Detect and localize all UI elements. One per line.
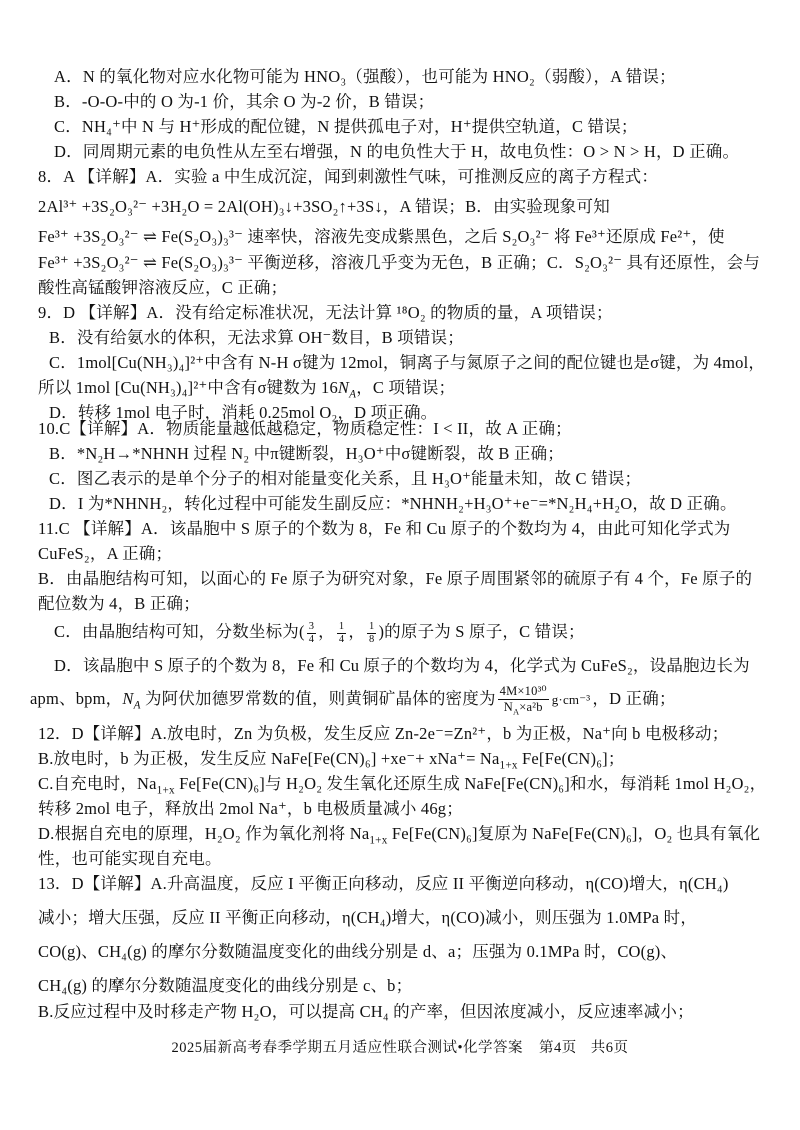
text-segment: ，D 正确； (592, 689, 675, 708)
answer-line-13: 所以 1mol [Cu(NH₃)₄]²⁺中含有σ键数为 16NA，C 项错误； (38, 376, 800, 400)
fraction-denominator: NA×a²b (502, 700, 545, 716)
fraction: 18 (367, 621, 376, 646)
footer-total-pages: 共6页 (591, 1040, 629, 1056)
text-segment: C．图乙表示的是单个分子的相对能量变化关系，且 H₃O⁺能量未知，故 C 错误； (49, 469, 641, 488)
text-segment: apm、bpm， (30, 689, 122, 708)
answer-line-27: B.放电时，b 为正极，发生反应 NaFe[Fe(CN)₆] +xe⁻+ xNa… (38, 747, 800, 771)
answer-line-16: B．*N₂H→*NHNH 过程 N₂ 中π键断裂，H₃O⁺中σ键断裂，故 B 正… (49, 442, 800, 466)
answer-line-18: D．I 为*NHNH₂，转化过程中可能发生副反应：*NHNH₂+H₃O⁺+e⁻=… (49, 492, 800, 516)
text-segment: ，C 项错误； (356, 378, 455, 397)
text-segment: Fe[Fe(CN)₆]； (518, 749, 625, 768)
text-segment: 12．D【详解】A.放电时，Zn 为负极，发生反应 Zn-2e⁻=Zn²⁺，b … (38, 724, 728, 743)
fraction-stack: 34 (307, 621, 316, 646)
answer-line-33: 减小；增大压强，反应 II 平衡正向移动，η(CH₄)增大，η(CO)减小，则压… (38, 906, 800, 930)
formula-base: N (504, 700, 513, 714)
page-footer: 2025届新高考春季学期五月适应性联合测试•化学答案第4页共6页 (0, 1036, 800, 1057)
text-segment: 4 (339, 634, 344, 645)
answer-line-10: 9．D 【详解】A．没有给定标准状况，无法计算 ¹⁸O₂ 的物质的量，A 项错误… (38, 301, 800, 325)
formula-subscript-group: NA (504, 700, 520, 714)
text-segment: Fe³⁺ +3S₂O₃²⁻ ⇌ Fe(S₂O₃)₃³⁻ 速率快，溶液先变成紫黑色… (38, 227, 725, 246)
answer-line-3: C．NH₄⁺中 N 与 H⁺形成的配位键，N 提供孤电子对，H⁺提供空轨道，C … (54, 115, 800, 139)
formula-base: Na (137, 774, 157, 793)
formula-subscript: A (134, 699, 141, 711)
answer-line-26: 12．D【详解】A.放电时，Zn 为负极，发生反应 Zn-2e⁻=Zn²⁺，b … (38, 722, 800, 746)
answer-line-11: B．没有给氨水的体积，无法求算 OH⁻数目，B 项错误； (49, 326, 800, 350)
text-segment: A．N 的氧化物对应水化物可能为 HNO₃（强酸），也可能为 HNO₂（弱酸），… (54, 67, 676, 86)
text-segment: 3 (309, 621, 314, 632)
text-segment: )的原子为 S 原子，C 错误； (378, 622, 584, 641)
text-segment: Fe[Fe(CN)₆]与 H₂O₂ 发生氧化还原生成 NaFe[Fe(CN)₆]… (175, 774, 767, 793)
text-segment: 11.C 【详解】A．该晶胞中 S 原子的个数为 8，Fe 和 Cu 原子的个数… (38, 519, 730, 538)
text-segment: B．没有给氨水的体积，无法求算 OH⁻数目，B 项错误； (49, 328, 464, 347)
text-segment: 4M×10³⁰ (500, 684, 547, 698)
text-segment: B.反应过程中及时移走产物 H₂O，可以提高 CH₄ 的产率，但因浓度减小，反应… (38, 1002, 694, 1021)
text-segment: CH₄(g) 的摩尔分数随温度变化的曲线分别是 c、b； (38, 976, 412, 995)
text-segment: 10.C【详解】A．物质能量越低越稳定，物质稳定性：I < II，故 A 正确； (38, 419, 572, 438)
answer-sheet-page: A．N 的氧化物对应水化物可能为 HNO₃（强酸），也可能为 HNO₂（弱酸），… (0, 0, 800, 1130)
text-segment: 4 (309, 634, 314, 645)
answer-line-25: apm、bpm，NA 为阿伏加德罗常数的值，则黄铜矿晶体的密度为4M×10³⁰N… (30, 684, 800, 716)
answer-line-36: B.反应过程中及时移走产物 H₂O，可以提高 CH₄ 的产率，但因浓度减小，反应… (38, 1000, 800, 1024)
answer-line-32: 13．D【详解】A.升高温度，反应 I 平衡正向移动，反应 II 平衡逆向移动，… (38, 872, 800, 896)
formula-subscript: 1+x (369, 834, 387, 846)
formula-subscript-group: NA (122, 689, 140, 708)
fraction-numerator: 3 (307, 621, 316, 634)
text-segment: 减小；增大压强，反应 II 平衡正向移动，η(CH₄)增大，η(CO)减小，则压… (38, 908, 697, 927)
text-segment: 配位数为 4，B 正确； (38, 594, 200, 613)
formula-subscript-group: NA (338, 378, 356, 397)
formula-base: Na (480, 749, 500, 768)
answer-line-8: Fe³⁺ +3S₂O₃²⁻ ⇌ Fe(S₂O₃)₃³⁻ 平衡逆移，溶液几乎变为无… (38, 251, 800, 275)
answer-line-21: B．由晶胞结构可知，以面心的 Fe 原子为研究对象，Fe 原子周围紧邻的硫原子有… (38, 567, 800, 591)
text-segment: Fe³⁺ +3S₂O₃²⁻ ⇌ Fe(S₂O₃)₃³⁻ 平衡逆移，溶液几乎变为无… (38, 253, 760, 272)
fraction-denominator: 8 (367, 634, 376, 646)
text-segment: CO(g)、CH₄(g) 的摩尔分数随温度变化的曲线分别是 d、a；压强为 0.… (38, 942, 677, 961)
text-segment: D．该晶胞中 S 原子的个数为 8，Fe 和 Cu 原子的个数均为 4，化学式为… (54, 656, 750, 675)
text-segment: 9．D 【详解】A．没有给定标准状况，无法计算 ¹⁸O₂ 的物质的量，A 项错误… (38, 303, 613, 322)
text-segment: B.放电时，b 为正极，发生反应 NaFe[Fe(CN)₆] +xe⁻+ xNa… (38, 749, 480, 768)
text-segment: C．由晶胞结构可知，分数坐标为( (54, 622, 305, 641)
text-segment: 2Al³⁺ +3S₂O₃²⁻ +3H₂O = 2Al(OH)₃↓+3SO₂↑+3… (38, 197, 610, 216)
text-segment: 1 (339, 621, 344, 632)
text-segment: 所以 1mol [Cu(NH₃)₄]²⁺中含有σ键数为 16 (38, 378, 338, 397)
fraction-numerator: 1 (337, 621, 346, 634)
answer-line-35: CH₄(g) 的摩尔分数随温度变化的曲线分别是 c、b； (38, 974, 800, 998)
text-segment: 8 (369, 634, 374, 645)
text-segment: 13．D【详解】A.升高温度，反应 I 平衡正向移动，反应 II 平衡逆向移动，… (38, 874, 729, 893)
footer-title: 2025届新高考春季学期五月适应性联合测试•化学答案 (171, 1040, 523, 1056)
answer-line-34: CO(g)、CH₄(g) 的摩尔分数随温度变化的曲线分别是 d、a；压强为 0.… (38, 940, 800, 964)
formula-subscript-group: Na1+x (480, 749, 518, 768)
answer-line-24: D．该晶胞中 S 原子的个数为 8，Fe 和 Cu 原子的个数均为 4，化学式为… (54, 654, 800, 678)
answer-line-12: C．1mol[Cu(NH₃)₄]²⁺中含有 N-H σ键为 12mol，铜离子与… (49, 351, 800, 375)
text-segment: ×a²b (519, 700, 542, 714)
answer-line-17: C．图乙表示的是单个分子的相对能量变化关系，且 H₃O⁺能量未知，故 C 错误； (49, 467, 800, 491)
answer-line-5: 8．A 【详解】A．实验 a 中生成沉淀，闻到刺激性气味，可推测反应的离子方程式… (38, 165, 800, 189)
text-segment: B．*N₂H→*NHNH 过程 N₂ 中π键断裂，H₃O⁺中σ键断裂，故 B 正… (49, 444, 564, 463)
answer-line-23: C．由晶胞结构可知，分数坐标为(34，14，18)的原子为 S 原子，C 错误； (54, 620, 800, 646)
text-segment: C．NH₄⁺中 N 与 H⁺形成的配位键，N 提供孤电子对，H⁺提供空轨道，C … (54, 117, 638, 136)
answer-line-4: D．同周期元素的电负性从左至右增强，N 的电负性大于 H，故电负性：O > N … (54, 140, 800, 164)
formula-base: N (338, 378, 349, 397)
fraction-numerator: 1 (367, 621, 376, 634)
text-segment: 酸性高锰酸钾溶液反应，C 正确； (38, 278, 287, 297)
text-segment: CuFeS₂，A 正确； (38, 544, 172, 563)
formula-base: N (122, 689, 133, 708)
answer-line-20: CuFeS₂，A 正确； (38, 542, 800, 566)
fraction: 4M×10³⁰NA×a²bg·cm⁻³ (498, 684, 591, 716)
answer-line-29: 转移 2mol 电子，释放出 2mol Na⁺，b 电极质量减小 46g； (38, 797, 800, 821)
answer-line-15: 10.C【详解】A．物质能量越低越稳定，物质稳定性：I < II，故 A 正确； (38, 417, 800, 441)
answer-line-2: B．-O-O-中的 O 为-1 价，其余 O 为-2 价，B 错误； (54, 90, 800, 114)
fraction-denominator: 4 (307, 634, 316, 646)
text-segment: 1 (369, 621, 374, 632)
fraction-stack: 4M×10³⁰NA×a²b (498, 684, 549, 716)
answer-line-30: D.根据自充电的原理，H₂O₂ 作为氧化剂将 Na1+x Fe[Fe(CN)₆]… (38, 822, 800, 846)
fraction-stack: 14 (337, 621, 346, 646)
answer-line-6: 2Al³⁺ +3S₂O₃²⁻ +3H₂O = 2Al(OH)₃↓+3SO₂↑+3… (38, 195, 800, 219)
text-segment: 为阿伏加德罗常数的值，则黄铜矿晶体的密度为 (141, 689, 496, 708)
footer-page-number: 第4页 (539, 1040, 577, 1056)
text-segment: C．1mol[Cu(NH₃)₄]²⁺中含有 N-H σ键为 12mol，铜离子与… (49, 353, 765, 372)
fraction: 14 (337, 621, 346, 646)
answer-line-28: C.自充电时，Na1+x Fe[Fe(CN)₆]与 H₂O₂ 发生氧化还原生成 … (38, 772, 800, 796)
formula-subscript: 1+x (500, 759, 518, 771)
answer-line-7: Fe³⁺ +3S₂O₃²⁻ ⇌ Fe(S₂O₃)₃³⁻ 速率快，溶液先变成紫黑色… (38, 225, 800, 249)
text-segment: 性，也可能实现自充电。 (38, 849, 222, 868)
answer-line-9: 酸性高锰酸钾溶液反应，C 正确； (38, 276, 800, 300)
text-segment: D．I 为*NHNH₂，转化过程中可能发生副反应：*NHNH₂+H₃O⁺+e⁻=… (49, 494, 737, 513)
text-segment: Fe[Fe(CN)₆]复原为 NaFe[Fe(CN)₆]，O₂ 也具有氧化 (388, 824, 761, 843)
fraction-stack: 18 (367, 621, 376, 646)
answer-lines: A．N 的氧化物对应水化物可能为 HNO₃（强酸），也可能为 HNO₂（弱酸），… (0, 0, 800, 1024)
text-segment: D.根据自充电的原理，H₂O₂ 作为氧化剂将 (38, 824, 350, 843)
answer-line-22: 配位数为 4，B 正确； (38, 592, 800, 616)
formula-subscript-group: Na1+x (137, 774, 175, 793)
text-segment: C.自充电时， (38, 774, 137, 793)
formula-subscript: 1+x (157, 784, 175, 796)
text-segment: ， (348, 622, 365, 641)
answer-line-19: 11.C 【详解】A．该晶胞中 S 原子的个数为 8，Fe 和 Cu 原子的个数… (38, 517, 800, 541)
text-segment: 8．A 【详解】A．实验 a 中生成沉淀，闻到刺激性气味，可推测反应的离子方程式… (38, 167, 658, 186)
text-segment: 转移 2mol 电子，释放出 2mol Na⁺，b 电极质量减小 46g； (38, 799, 463, 818)
text-segment: B．-O-O-中的 O 为-1 价，其余 O 为-2 价，B 错误； (54, 92, 434, 111)
fraction-denominator: 4 (337, 634, 346, 646)
formula-subscript-group: Na1+x (350, 824, 388, 843)
fraction: 34 (307, 621, 316, 646)
text-segment: ， (318, 622, 335, 641)
answer-line-1: A．N 的氧化物对应水化物可能为 HNO₃（强酸），也可能为 HNO₂（弱酸），… (54, 65, 800, 89)
unit-label: g·cm⁻³ (552, 688, 591, 712)
text-segment: B．由晶胞结构可知，以面心的 Fe 原子为研究对象，Fe 原子周围紧邻的硫原子有… (38, 569, 752, 588)
answer-line-31: 性，也可能实现自充电。 (38, 847, 800, 871)
formula-base: Na (350, 824, 370, 843)
text-segment: D．同周期元素的电负性从左至右增强，N 的电负性大于 H，故电负性：O > N … (54, 142, 739, 161)
fraction-numerator: 4M×10³⁰ (498, 684, 549, 701)
